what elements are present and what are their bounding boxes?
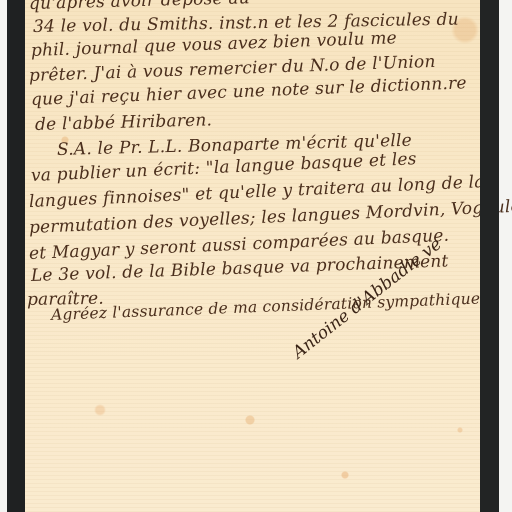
black-border-right (480, 0, 499, 512)
black-border-left (7, 0, 25, 512)
letter-line-1: qu'après avoir déposé au (29, 0, 250, 14)
letter-closing-line: Agréez l'assurance de ma considération s… (51, 290, 481, 324)
letter-line-6: de l'abbé Hiribaren. (35, 110, 213, 135)
